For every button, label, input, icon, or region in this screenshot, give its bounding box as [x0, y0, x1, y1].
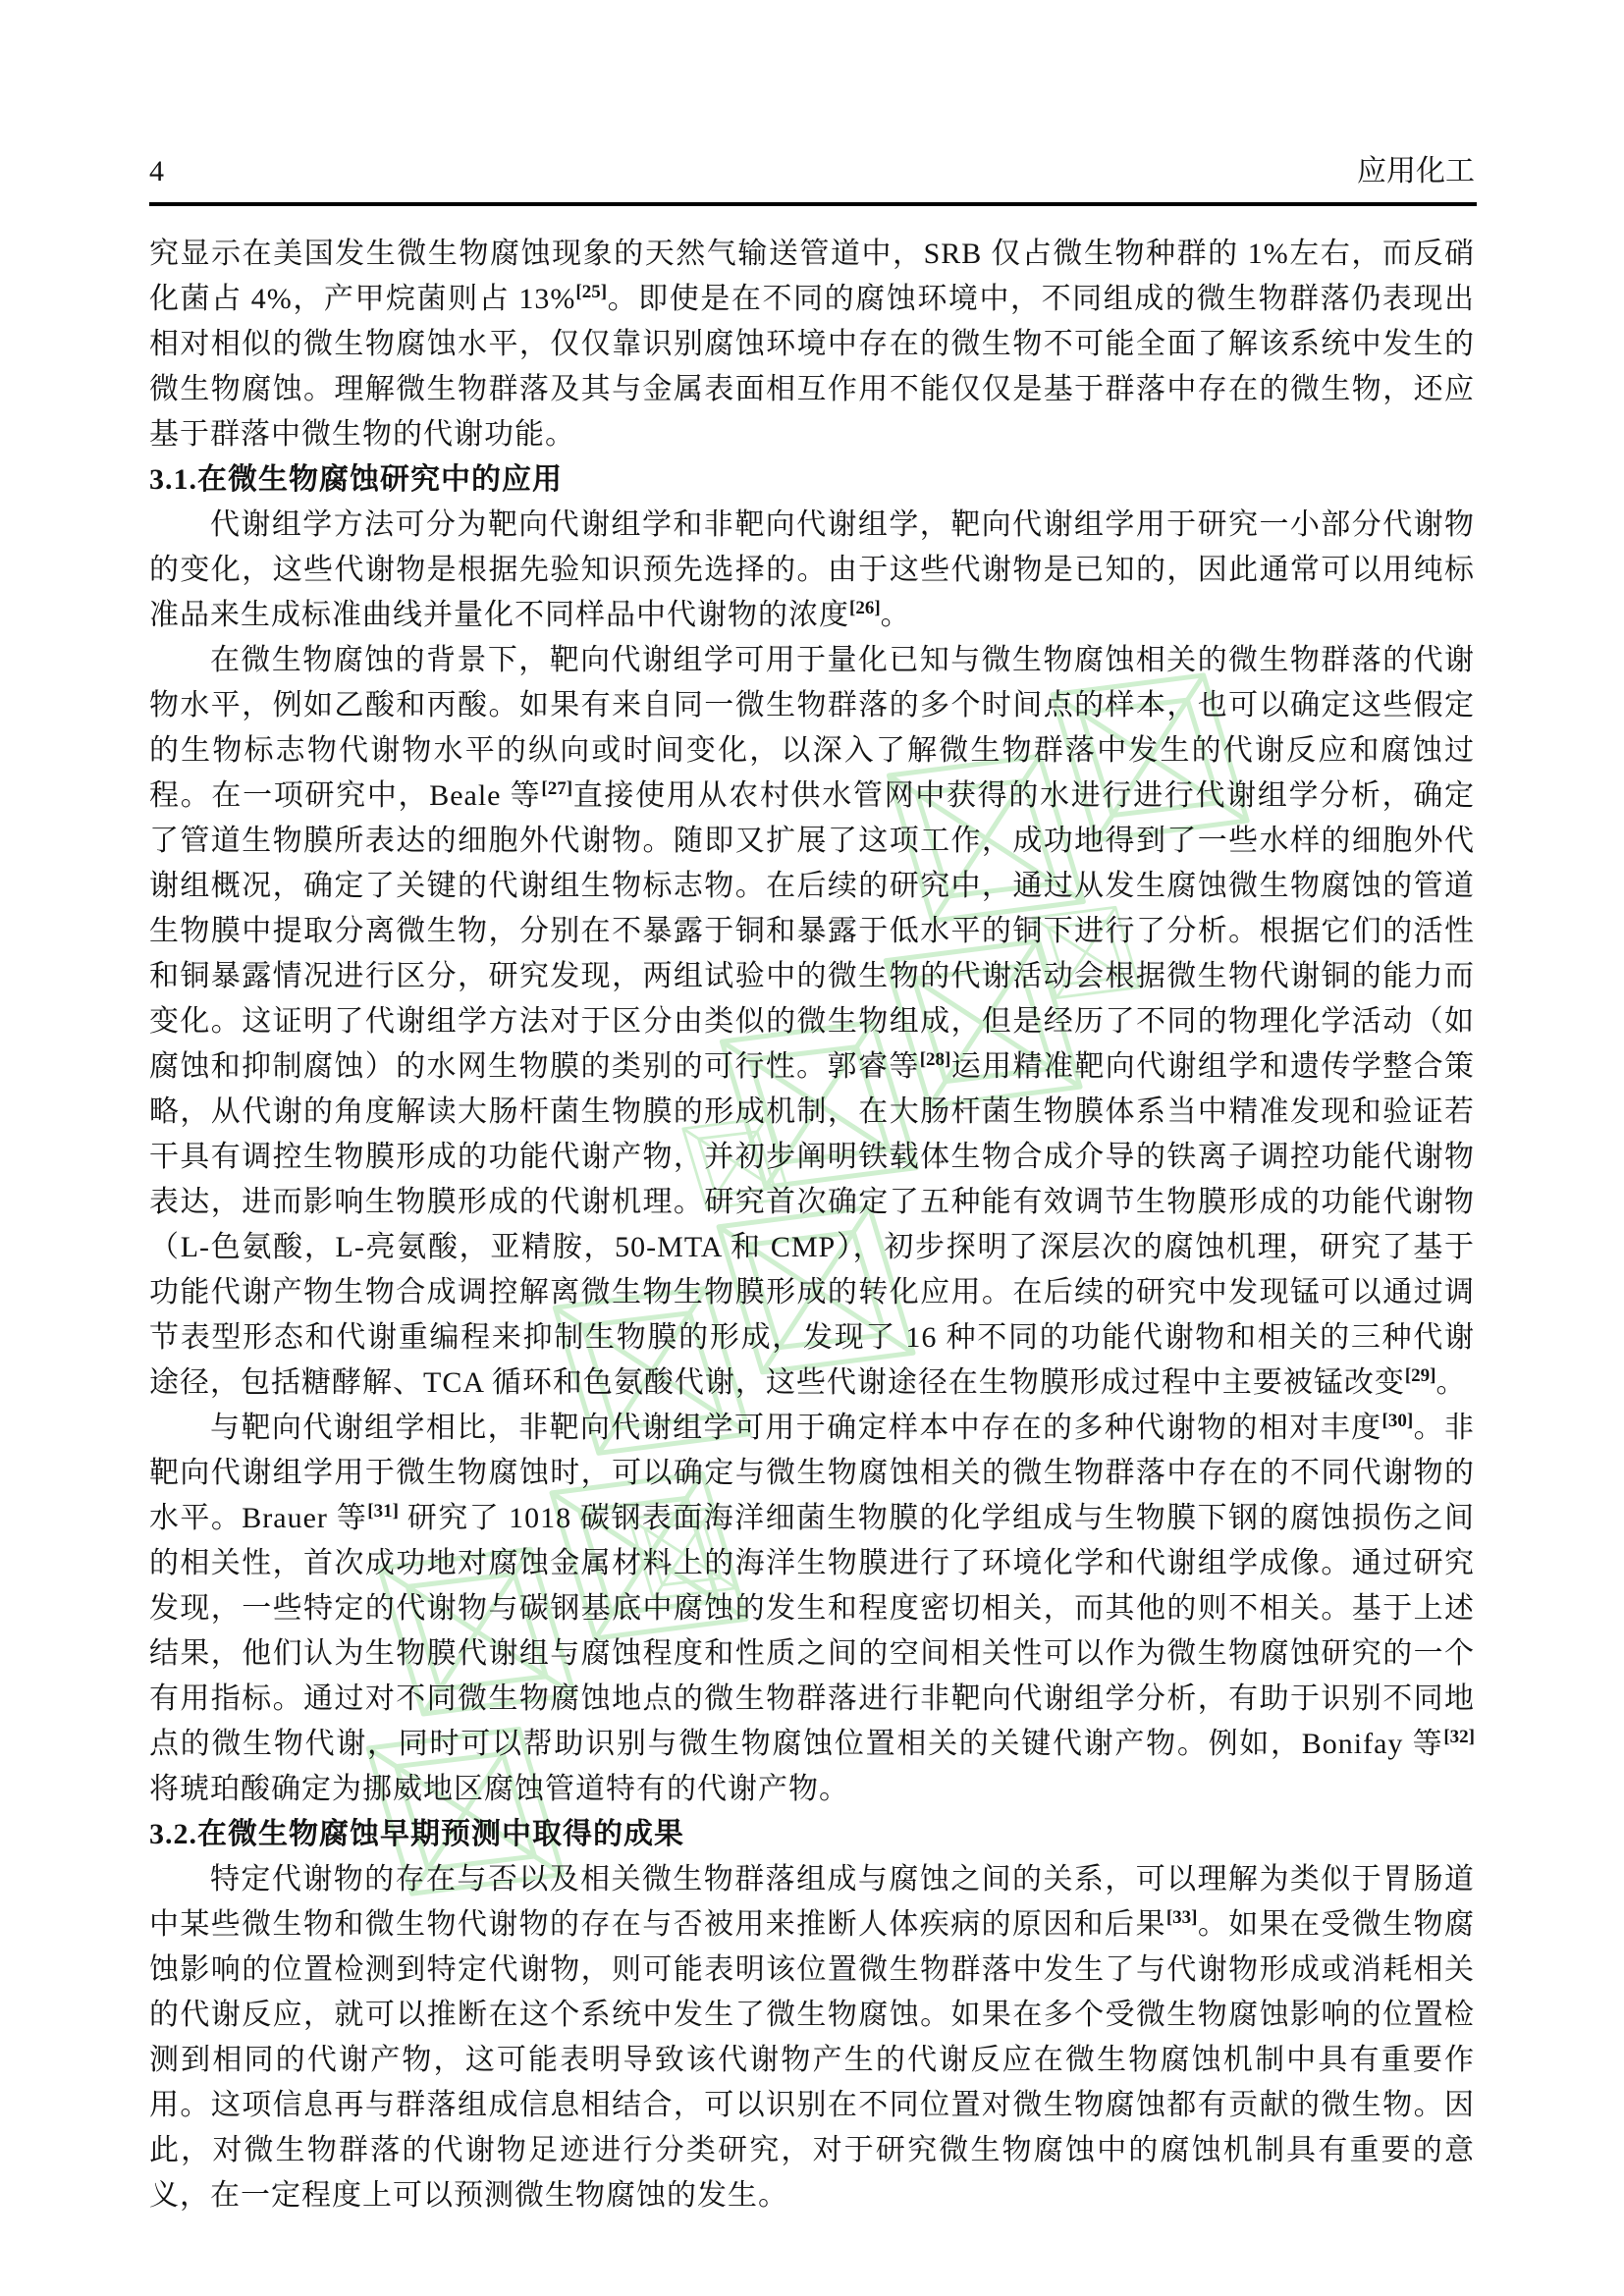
citation-ref: [28] — [920, 1049, 951, 1070]
paragraph: 与靶向代谢组学相比，非靶向代谢组学可用于确定样本中存在的多种代谢物的相对丰度[3… — [149, 1406, 1475, 1812]
citation-ref: [26] — [849, 598, 881, 618]
scanned-paper-page: 4 应用化工 究显示在美国发生微生物腐蚀现象的天然气输送管道中，SRB 仅占微生… — [0, 0, 1624, 2296]
citation-ref: [32] — [1443, 1727, 1475, 1747]
citation-ref: [30] — [1382, 1411, 1414, 1431]
citation-ref: [33] — [1166, 1907, 1198, 1928]
journal-title: 应用化工 — [1357, 153, 1475, 190]
section-heading: 3.2.在微生物腐蚀早期预测中取得的成果 — [149, 1812, 1475, 1857]
citation-ref: [29] — [1405, 1365, 1436, 1386]
page-header: 4 应用化工 — [149, 153, 1475, 190]
citation-ref: [25] — [575, 282, 607, 302]
document-body: 究显示在美国发生微生物腐蚀现象的天然气输送管道中，SRB 仅占微生物种群的 1%… — [149, 232, 1475, 2218]
citation-ref: [27] — [541, 778, 572, 799]
paragraph: 在微生物腐蚀的背景下，靶向代谢组学可用于量化已知与微生物腐蚀相关的微生物群落的代… — [149, 638, 1475, 1406]
paragraph: 特定代谢物的存在与否以及相关微生物群落组成与腐蚀之间的关系，可以理解为类似于胃肠… — [149, 1857, 1475, 2218]
page-number: 4 — [149, 153, 164, 190]
paragraph: 究显示在美国发生微生物腐蚀现象的天然气输送管道中，SRB 仅占微生物种群的 1%… — [149, 232, 1475, 457]
section-heading: 3.1.在微生物腐蚀研究中的应用 — [149, 457, 1475, 503]
paragraph: 代谢组学方法可分为靶向代谢组学和非靶向代谢组学，靶向代谢组学用于研究一小部分代谢… — [149, 503, 1475, 638]
header-rule — [149, 202, 1477, 206]
citation-ref: [31] — [367, 1501, 399, 1522]
